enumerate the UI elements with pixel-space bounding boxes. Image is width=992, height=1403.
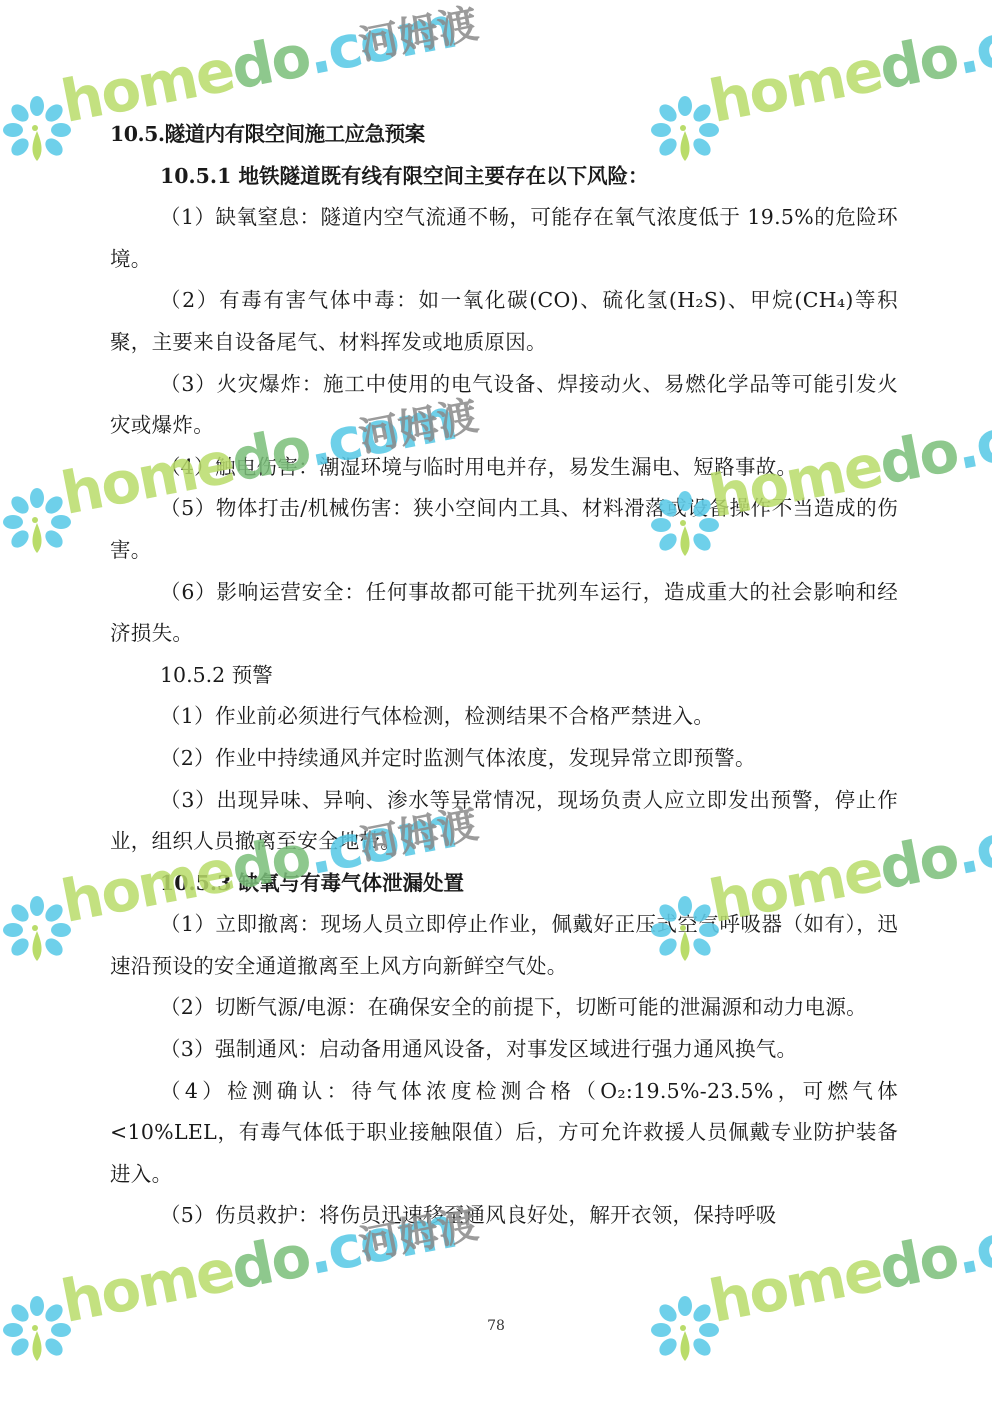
subsection-title-10-5-2: 10.5.2 预警	[110, 655, 898, 697]
paragraph: （4）触电伤害：潮湿环境与临时用电并存，易发生漏电、短路事故。	[110, 447, 898, 489]
paragraph: （2）切断气源/电源：在确保安全的前提下，切断可能的泄漏源和动力电源。	[110, 987, 898, 1029]
flower-logo-icon	[2, 895, 72, 965]
paragraph: （5）伤员救护：将伤员迅速移至通风良好处，解开衣领，保持呼吸	[110, 1195, 898, 1237]
paragraph: （2）有毒有害气体中毒：如一氧化碳(CO)、硫化氢(H₂S)、甲烷(CH₄)等积…	[110, 280, 898, 363]
paragraph: （3）出现异味、异响、渗水等异常情况，现场负责人应立即发出预警，停止作业，组织人…	[110, 780, 898, 863]
paragraph: （6）影响运营安全：任何事故都可能干扰列车运行，造成重大的社会影响和经济损失。	[110, 572, 898, 655]
section-title: 10.5.隧道内有限空间施工应急预案	[110, 114, 898, 156]
paragraph: （2）作业中持续通风并定时监测气体浓度，发现异常立即预警。	[110, 738, 898, 780]
paragraph: （1）缺氧窒息：隧道内空气流通不畅，可能存在氧气浓度低于 19.5%的危险环境。	[110, 197, 898, 280]
document-page: 10.5.隧道内有限空间施工应急预案 10.5.1 地铁隧道既有线有限空间主要存…	[0, 0, 992, 1403]
paragraph: （3）火灾爆炸：施工中使用的电气设备、焊接动火、易燃化学品等可能引发火灾或爆炸。	[110, 364, 898, 447]
paragraph: （3）强制通风：启动备用通风设备，对事发区域进行强力通风换气。	[110, 1029, 898, 1071]
page-number: 78	[0, 1318, 992, 1334]
paragraph: （1）立即撤离：现场人员立即停止作业，佩戴好正压式空气呼吸器（如有），迅速沿预设…	[110, 904, 898, 987]
paragraph: （5）物体打击/机械伤害：狭小空间内工具、材料滑落或设备操作不当造成的伤害。	[110, 488, 898, 571]
subsection-title-10-5-1: 10.5.1 地铁隧道既有线有限空间主要存在以下风险：	[110, 156, 898, 198]
subsection-title-10-5-3: 10.5.3 缺氧与有毒气体泄漏处置	[110, 863, 898, 905]
paragraph: （4）检测确认：待气体浓度检测合格（O₂:19.5%-23.5%，可燃气体<10…	[110, 1071, 898, 1196]
flower-logo-icon	[2, 487, 72, 557]
paragraph: （1）作业前必须进行气体检测，检测结果不合格严禁进入。	[110, 696, 898, 738]
page-content: 10.5.隧道内有限空间施工应急预案 10.5.1 地铁隧道既有线有限空间主要存…	[110, 114, 898, 1237]
flower-logo-icon	[2, 95, 72, 165]
